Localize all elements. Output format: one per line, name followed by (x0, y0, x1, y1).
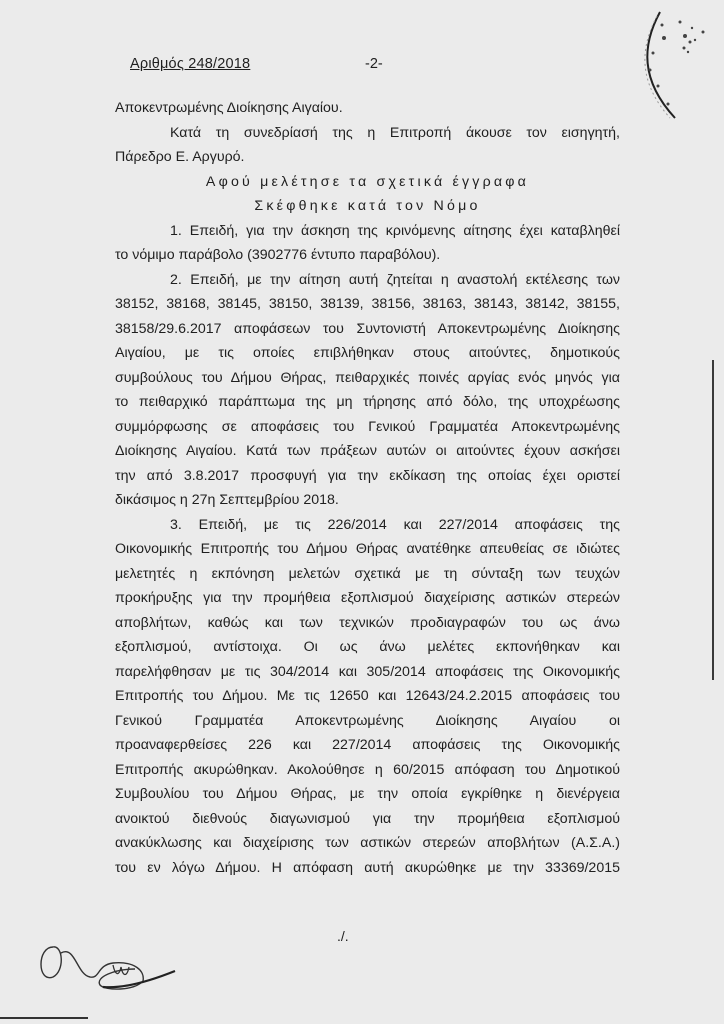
text-line: συμμόρφωσης σε αποφάσεις του Γενικού Γρα… (115, 415, 620, 440)
text-line: δικάσιμος η 27η Σεπτεμβρίου 2018. (115, 488, 620, 513)
continuation-mark: ./. (337, 928, 349, 944)
text-line: 3. Επειδή, με τις 226/2014 και 227/2014 … (115, 513, 620, 538)
text-line: Αποκεντρωμένης Διοίκησης Αιγαίου. (115, 96, 620, 121)
text-line: προκήρυξης για την προμήθεια εξοπλισμού … (115, 586, 620, 611)
text-line: 38152, 38168, 38145, 38150, 38139, 38156… (115, 292, 620, 317)
text-line: παρελήφθησαν με τις 304/2014 και 305/201… (115, 660, 620, 685)
margin-rule (712, 360, 714, 680)
text-line: Συμβουλίου του Δήμου Θήρας, με την οποία… (115, 782, 620, 807)
text-line: 1. Επειδή, για την άσκηση της κρινόμενης… (115, 219, 620, 244)
text-line: μελετητές η εκπόνηση μελετών σχετικά με … (115, 562, 620, 587)
text-line: Πάρεδρο Ε. Αργυρό. (115, 145, 620, 170)
text-line: Επιτροπής του Δήμου. Με τις 12650 και 12… (115, 684, 620, 709)
text-line: ανοικτού διεθνούς διαγωνισμού για την πρ… (115, 807, 620, 832)
text-line: το πειθαρχικό παράπτωμα της μη τήρησης α… (115, 390, 620, 415)
text-line: προαναφερθείσες 226 και 227/2014 αποφάσε… (115, 733, 620, 758)
document-number: Αριθμός 248/2018 (130, 56, 250, 72)
text-line: του εν λόγω Δήμου. Η απόφαση αυτή ακυρώθ… (115, 856, 620, 881)
text-line: Κατά τη συνεδρίασή της η Επιτροπή άκουσε… (115, 121, 620, 146)
text-line: Αφού μελέτησε τα σχετικά έγγραφα (115, 170, 620, 195)
text-line: Αιγαίου, με τις οποίες επιβλήθηκαν στους… (115, 341, 620, 366)
text-line: Επιτροπής ακυρώθηκαν. Ακολούθησε η 60/20… (115, 758, 620, 783)
bottom-rule (0, 1017, 88, 1019)
text-line: εξοπλισμού, αντίστοιχα. Οι ως άνω μελέτε… (115, 635, 620, 660)
text-line: το νόμιμο παράβολο (3902776 έντυπο παραβ… (115, 243, 620, 268)
text-line: Σκέφθηκε κατά τον Νόμο (115, 194, 620, 219)
text-line: την από 3.8.2017 προσφυγή για την εκδίκα… (115, 464, 620, 489)
text-line: Οικονομικής Επιτροπής του Δήμου Θήρας αν… (115, 537, 620, 562)
document-page: Αριθμός 248/2018 -2- Αποκεντρωμένης Διοί… (0, 0, 724, 1024)
text-line: συμβούλους του Δήμου Θήρας, πειθαρχικές … (115, 366, 620, 391)
text-line: 2. Επειδή, με την αίτηση αυτή ζητείται η… (115, 268, 620, 293)
page-header: Αριθμός 248/2018 -2- (130, 56, 530, 76)
text-line: Γενικού Γραμματέα Αποκεντρωμένης Διοίκησ… (115, 709, 620, 734)
document-body: Αποκεντρωμένης Διοίκησης Αιγαίου.Κατά τη… (115, 96, 620, 880)
signature-icon (35, 935, 185, 1005)
text-line: 38158/29.6.2017 αποφάσεων του Συντονιστή… (115, 317, 620, 342)
text-line: Διοίκησης Αιγαίου. Κατά των πράξεων αυτώ… (115, 439, 620, 464)
text-line: ανακύκλωσης και διαχείρισης των αστικών … (115, 831, 620, 856)
text-line: αποβλήτων, καθώς και των τεχνικών προδια… (115, 611, 620, 636)
page-number: -2- (365, 56, 383, 72)
